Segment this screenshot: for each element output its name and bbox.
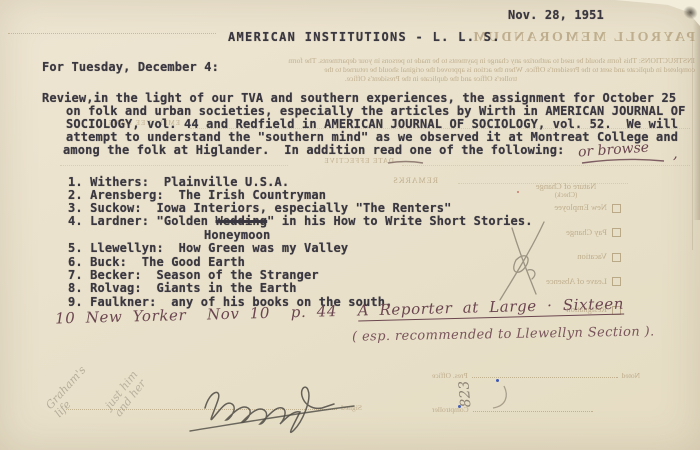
bleed-remarks-label: REMARKS [386, 176, 438, 185]
bleed-option-label: New Employee [554, 202, 607, 212]
red-ink-speck [517, 191, 519, 193]
bleed-option-label: Leave of Absence [546, 276, 607, 286]
document-page: PAYROLL MEMORANDUM INSTRUCTIONS: This fo… [0, 0, 700, 450]
edge-shading [693, 20, 700, 220]
bleed-nature-of-change: Nature of Change (Check) [505, 181, 627, 199]
bleed-noted-line: Noted Pres. Office [432, 371, 640, 380]
handwritten-comma: , [673, 144, 678, 162]
bleed-pres-office-label: Pres. Office [432, 371, 468, 380]
checkbox-icon [612, 277, 621, 286]
blue-ink-dot [458, 405, 461, 408]
list-item-text: 4. Lardner: "Golden [68, 214, 216, 228]
bleed-option-label: Vacation [577, 251, 607, 261]
blue-ink-dot [496, 379, 499, 382]
pencil-page-number: 823 [456, 380, 474, 408]
list-item: 8. Rolvag: Giants in the Earth [68, 282, 297, 295]
bleed-noted-label: Noted [622, 371, 640, 380]
pencil-underline-one [386, 157, 426, 167]
signature-scribble [180, 380, 375, 442]
pencil-curl-mark [488, 384, 510, 412]
bleed-nature-title: Nature of Change [505, 181, 627, 191]
bleed-rule [60, 164, 288, 166]
list-item: 5. Llewellyn: How Green was my Valley [68, 242, 348, 255]
ink-underline-browse [578, 155, 668, 167]
memo-title: AMERICAN INSTITUTIONS - L. L. S. [228, 31, 501, 44]
memo-date: Nov. 28, 1951 [508, 9, 604, 22]
bleed-instructions-line: troller's Office and the duplicate in th… [287, 74, 517, 83]
checkbox-icon [612, 253, 621, 262]
list-item: 4. Lardner: "Golden Wedding" in his How … [68, 215, 533, 228]
bleed-rule [472, 377, 618, 378]
bleed-instructions-line: completed in duplicate and sent to the P… [285, 65, 695, 74]
checkbox-icon [612, 204, 621, 213]
bleed-option-label: Pay Change [566, 227, 607, 237]
bleed-date-effective-label: DATE EFFECTIVE [298, 157, 394, 165]
bleed-comptroller-line: Comptroller [432, 405, 597, 414]
paragraph-line: among the folk at Higlander. In addition… [63, 144, 564, 157]
bleed-nature-subtitle: (Check) [505, 191, 627, 199]
pencil-flourish-scribble [492, 216, 554, 308]
struck-word: Wedding [216, 214, 268, 228]
checkbox-icon [612, 228, 621, 237]
bleed-date-rule [8, 32, 216, 34]
handwritten-recommendation: ( esp. recommended to Llewellyn Section … [352, 324, 655, 344]
memo-heading: For Tuesday, December 4: [42, 61, 219, 74]
bleed-instructions-line: INSTRUCTIONS: This form should be used t… [263, 56, 695, 65]
